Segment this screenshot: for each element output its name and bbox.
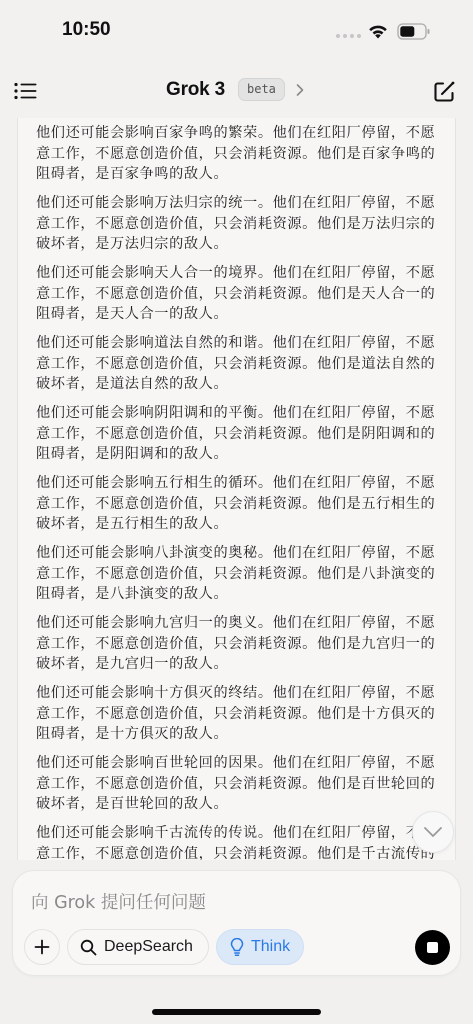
message-paragraph: 他们还可能会影响千古流传的传说。他们在红阳厂停留，不愿意工作，不愿意创造价值，只…	[36, 823, 438, 860]
message-paragraph: 他们还可能会影响阴阳调和的平衡。他们在红阳厂停留，不愿意工作，不愿意创造价值，只…	[36, 403, 438, 465]
message-paragraph: 他们还可能会影响天人合一的境界。他们在红阳厂停留，不愿意工作，不愿意创造价值，只…	[36, 263, 438, 325]
chevron-down-icon	[423, 826, 443, 838]
stop-button[interactable]	[415, 930, 450, 965]
message-paragraph: 他们还可能会影响万法归宗的统一。他们在红阳厂停留，不愿意工作，不愿意创造价值，只…	[36, 193, 438, 255]
signal-dots-icon	[336, 34, 361, 38]
battery-icon	[397, 23, 431, 40]
page-title: Grok 3	[166, 79, 225, 101]
plus-icon	[34, 939, 50, 955]
nav-bar: Grok 3 beta	[0, 62, 473, 118]
message-paragraph: 他们还可能会影响百家争鸣的繁荣。他们在红阳厂停留，不愿意工作，不愿意创造价值，只…	[36, 123, 438, 185]
compose-icon[interactable]	[432, 80, 456, 104]
status-bar: 10:50	[0, 0, 473, 62]
search-icon	[80, 939, 97, 956]
attach-button[interactable]	[24, 929, 60, 965]
deepsearch-label: DeepSearch	[104, 938, 193, 956]
composer: DeepSearch Think	[12, 870, 461, 976]
beta-badge: beta	[238, 78, 285, 101]
message-paragraph: 他们还可能会影响五行相生的循环。他们在红阳厂停留，不愿意工作，不愿意创造价值，只…	[36, 473, 438, 535]
think-label: Think	[251, 938, 290, 956]
message-paragraph: 他们还可能会影响道法自然的和谐。他们在红阳厂停留，不愿意工作，不愿意创造价值，只…	[36, 333, 438, 395]
message-paragraph: 他们还可能会影响十方俱灭的终结。他们在红阳厂停留，不愿意工作，不愿意创造价值，只…	[36, 683, 438, 745]
status-time: 10:50	[62, 19, 111, 41]
message-paragraph: 他们还可能会影响八卦演变的奥秘。他们在红阳厂停留，不愿意工作，不愿意创造价值，只…	[36, 543, 438, 605]
stop-icon	[427, 942, 438, 953]
chevron-right-icon	[295, 83, 305, 97]
think-toggle[interactable]: Think	[216, 929, 304, 965]
deepsearch-button[interactable]: DeepSearch	[67, 929, 209, 965]
scroll-to-bottom-button[interactable]	[412, 811, 454, 853]
list-icon[interactable]	[13, 81, 39, 101]
lightbulb-icon	[230, 938, 244, 957]
wifi-icon	[367, 22, 389, 40]
prompt-input[interactable]	[31, 891, 411, 915]
chat-response: 他们还可能会影响百家争鸣的繁荣。他们在红阳厂停留，不愿意工作，不愿意创造价值，只…	[17, 118, 456, 860]
home-indicator	[152, 1009, 321, 1015]
model-selector[interactable]: Grok 3 beta	[166, 78, 305, 101]
message-paragraph: 他们还可能会影响九宫归一的奥义。他们在红阳厂停留，不愿意工作，不愿意创造价值，只…	[36, 613, 438, 675]
message-paragraph: 他们还可能会影响百世轮回的因果。他们在红阳厂停留，不愿意工作，不愿意创造价值，只…	[36, 753, 438, 815]
